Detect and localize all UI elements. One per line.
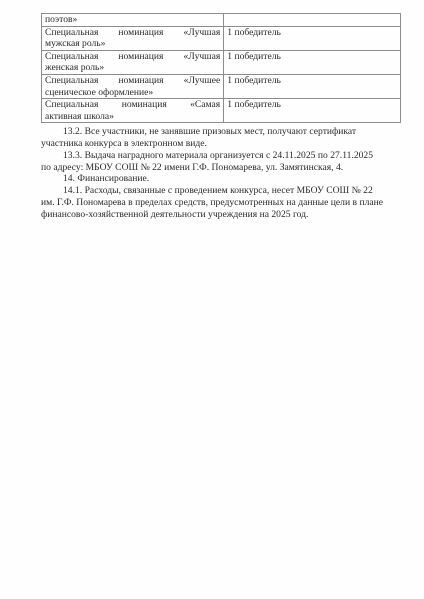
paragraph-line: 14.1. Расходы, связанные с проведением к…: [41, 185, 401, 197]
word: с: [168, 185, 172, 196]
word: связанные: [123, 185, 165, 196]
word: в: [128, 197, 133, 208]
word: наградного: [118, 150, 164, 161]
word: Специальная: [45, 99, 98, 111]
table-row: Специальная номинация «Лучшее сценическо…: [42, 74, 401, 98]
word: «Лучшая: [184, 27, 221, 39]
nomination-line: Специальная номинация «Лучшая: [45, 51, 220, 63]
word: материала: [166, 150, 208, 161]
paragraph-line: 13.2. Все участники, не занявшие призовы…: [41, 126, 401, 138]
result-cell: 1 победитель: [224, 74, 401, 98]
word: 27.11.2025: [330, 150, 373, 161]
table-row: Специальная номинация «Лучшая мужская ро…: [42, 26, 401, 50]
result-text: 1 победитель: [227, 99, 281, 110]
word: номинация: [118, 27, 163, 39]
word: с: [266, 150, 270, 161]
word: Расходы,: [85, 185, 121, 196]
word: сертификат: [309, 126, 356, 137]
word: призовых: [202, 126, 241, 137]
word: МБОУ: [297, 185, 324, 196]
table-row: Специальная номинация «Самая активная шк…: [42, 99, 401, 123]
nomination-cell: Специальная номинация «Лучшая мужская ро…: [42, 26, 224, 50]
word: номинация: [122, 99, 167, 111]
nomination-line: мужская роль»: [45, 38, 220, 50]
result-cell: 1 победитель: [224, 26, 401, 50]
word: «Лучшая: [184, 51, 221, 63]
result-cell: [224, 14, 401, 27]
section-14-heading: 14. Финансирование.: [41, 173, 401, 185]
word: Специальная: [45, 27, 98, 39]
paragraph-line: 13.3. Выдача наградного материала органи…: [41, 150, 401, 162]
word: цели: [331, 197, 350, 208]
word: Пономарева: [76, 197, 125, 208]
word: номинация: [119, 75, 164, 87]
word: не: [149, 126, 158, 137]
word: данные: [298, 197, 328, 208]
word: им.: [41, 197, 55, 208]
table-row: Специальная номинация «Лучшая женская ро…: [42, 50, 401, 74]
paragraph-line: им. Г.Ф. Пономарева в пределах средств, …: [41, 197, 401, 209]
nomination-line: Специальная номинация «Лучшая: [45, 27, 220, 39]
table-row: поэтов»: [42, 14, 401, 27]
nomination-cell: поэтов»: [42, 14, 224, 27]
paragraph-line: по адресу: МБОУ СОШ № 22 имени Г.Ф. Поно…: [41, 162, 401, 174]
word: Выдача: [85, 150, 116, 161]
word: плане: [359, 197, 383, 208]
word: предусмотренных: [210, 197, 284, 208]
result-text: 1 победитель: [227, 51, 281, 62]
result-text: 1 победитель: [227, 27, 281, 38]
nomination-line: сценическое оформление»: [45, 87, 220, 99]
word: конкурса,: [230, 185, 269, 196]
nomination-text: поэтов»: [45, 14, 77, 25]
nomination-cell: Специальная номинация «Лучшая женская ро…: [42, 50, 224, 74]
word: проведением: [175, 185, 228, 196]
word: номинация: [118, 51, 163, 63]
word: в: [353, 197, 358, 208]
word: Все: [85, 126, 100, 137]
paragraph-14-1: 14.1. Расходы, связанные с проведением к…: [41, 185, 401, 220]
paragraph-line: 14. Финансирование.: [41, 173, 401, 185]
nomination-line: женская роль»: [45, 62, 220, 74]
word: СОШ: [326, 185, 349, 196]
word: 13.3.: [63, 150, 82, 161]
nomination-line: активная школа»: [45, 111, 220, 123]
paragraph-13-3: 13.3. Выдача наградного материала органи…: [41, 150, 401, 174]
word: по: [318, 150, 328, 161]
nominations-table: поэтов» Специальная номинация «Лучшая му…: [41, 13, 401, 123]
word: «Самая: [190, 99, 220, 111]
nomination-cell: Специальная номинация «Лучшее сценическо…: [42, 74, 224, 98]
word: 24.11.2025: [273, 150, 316, 161]
word: №: [352, 185, 361, 196]
word: пределах: [135, 197, 172, 208]
word: 13.2.: [63, 126, 82, 137]
word: получают: [267, 126, 307, 137]
word: на: [286, 197, 295, 208]
nomination-line: Специальная номинация «Лучшее: [45, 75, 220, 87]
paragraph-line: участника конкурса в электронном виде.: [41, 138, 401, 150]
paragraph-line: финансово-хозяйственной деятельности учр…: [41, 209, 401, 221]
nomination-cell: Специальная номинация «Самая активная шк…: [42, 99, 224, 123]
word: занявшие: [161, 126, 200, 137]
word: несет: [272, 185, 294, 196]
result-cell: 1 победитель: [224, 99, 401, 123]
word: 14.1.: [63, 185, 82, 196]
paragraph-13-2: 13.2. Все участники, не занявшие призовы…: [41, 126, 401, 150]
word: организуется: [210, 150, 264, 161]
word: Г.Ф.: [57, 197, 74, 208]
word: Специальная: [45, 75, 98, 87]
word: Специальная: [45, 51, 98, 63]
result-text: 1 победитель: [227, 75, 281, 86]
document-page: поэтов» Специальная номинация «Лучшая му…: [0, 0, 424, 599]
word: средств,: [175, 197, 208, 208]
word: 22: [363, 185, 373, 196]
word: мест,: [244, 126, 265, 137]
nomination-line: Специальная номинация «Самая: [45, 99, 220, 111]
word: участники,: [102, 126, 147, 137]
word: «Лучшее: [184, 75, 221, 87]
result-cell: 1 победитель: [224, 50, 401, 74]
